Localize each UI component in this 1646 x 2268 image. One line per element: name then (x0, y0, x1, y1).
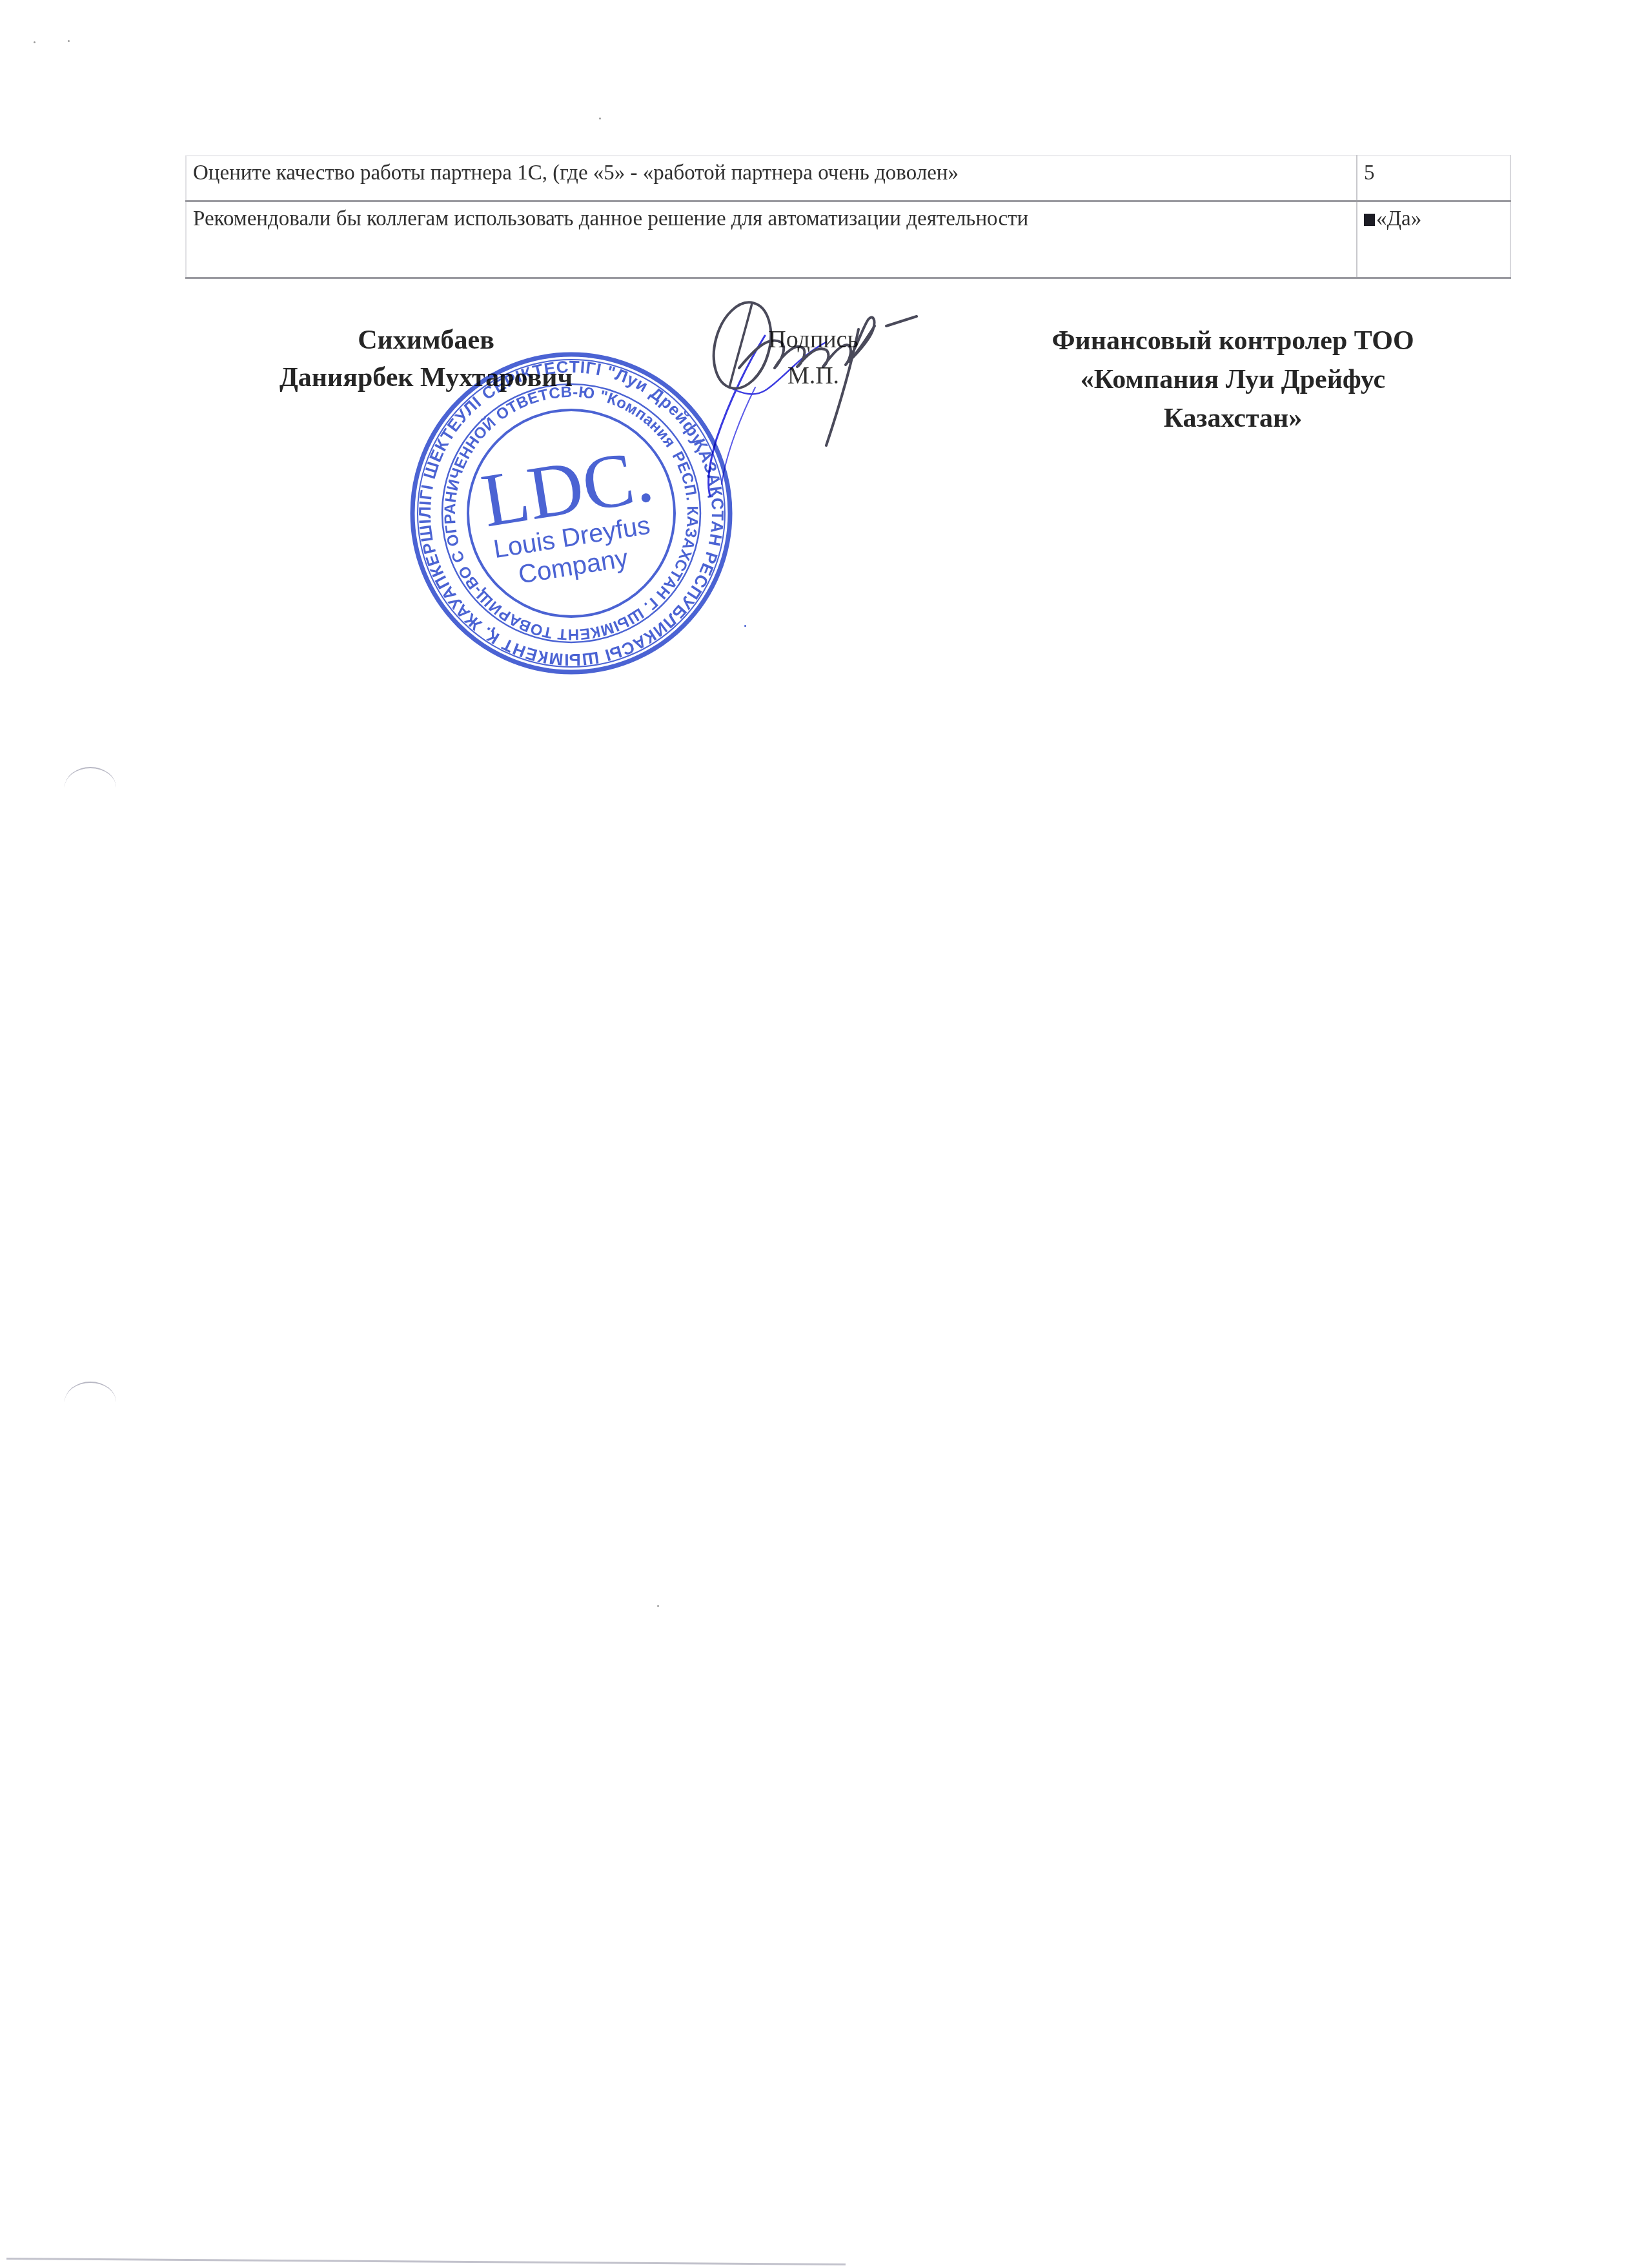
position-line: «Компания Луи Дрейфус (994, 360, 1472, 399)
position-line: Казахстан» (994, 399, 1472, 438)
question-cell: Оцените качество работы партнера 1С, (гд… (186, 156, 1357, 201)
position-line: Финансовый контролер ТОО (994, 322, 1472, 360)
scan-speck (657, 1605, 659, 1607)
answer-value: 5 (1364, 161, 1375, 185)
survey-table: Оцените качество работы партнера 1С, (гд… (185, 155, 1511, 279)
answer-cell: 5 (1357, 156, 1510, 201)
table-row: Оцените качество работы партнера 1С, (гд… (186, 156, 1510, 201)
company-stamp-icon: ҚАЗАҚСТАН РЕСПУБЛИКАСЫ ШЫМКЕНТ Қ. ЖАУАПК… (407, 349, 736, 678)
checked-box-icon (1364, 214, 1375, 226)
scan-speck (34, 41, 36, 43)
answer-value: «Да» (1376, 207, 1421, 230)
scan-speck (599, 117, 601, 119)
table-row: Рекомендовали бы коллегам использовать д… (186, 201, 1510, 278)
punch-hole-mark (65, 1382, 116, 1402)
signer-position: Финансовый контролер ТОО «Компания Луи Д… (994, 322, 1472, 438)
scan-speck (744, 625, 746, 627)
punch-hole-mark (65, 767, 116, 788)
scan-speck (68, 40, 70, 42)
handwritten-signature-icon (704, 291, 1013, 497)
scan-edge-line (6, 2258, 846, 2265)
question-cell: Рекомендовали бы коллегам использовать д… (186, 201, 1357, 278)
answer-cell: «Да» (1357, 201, 1510, 278)
